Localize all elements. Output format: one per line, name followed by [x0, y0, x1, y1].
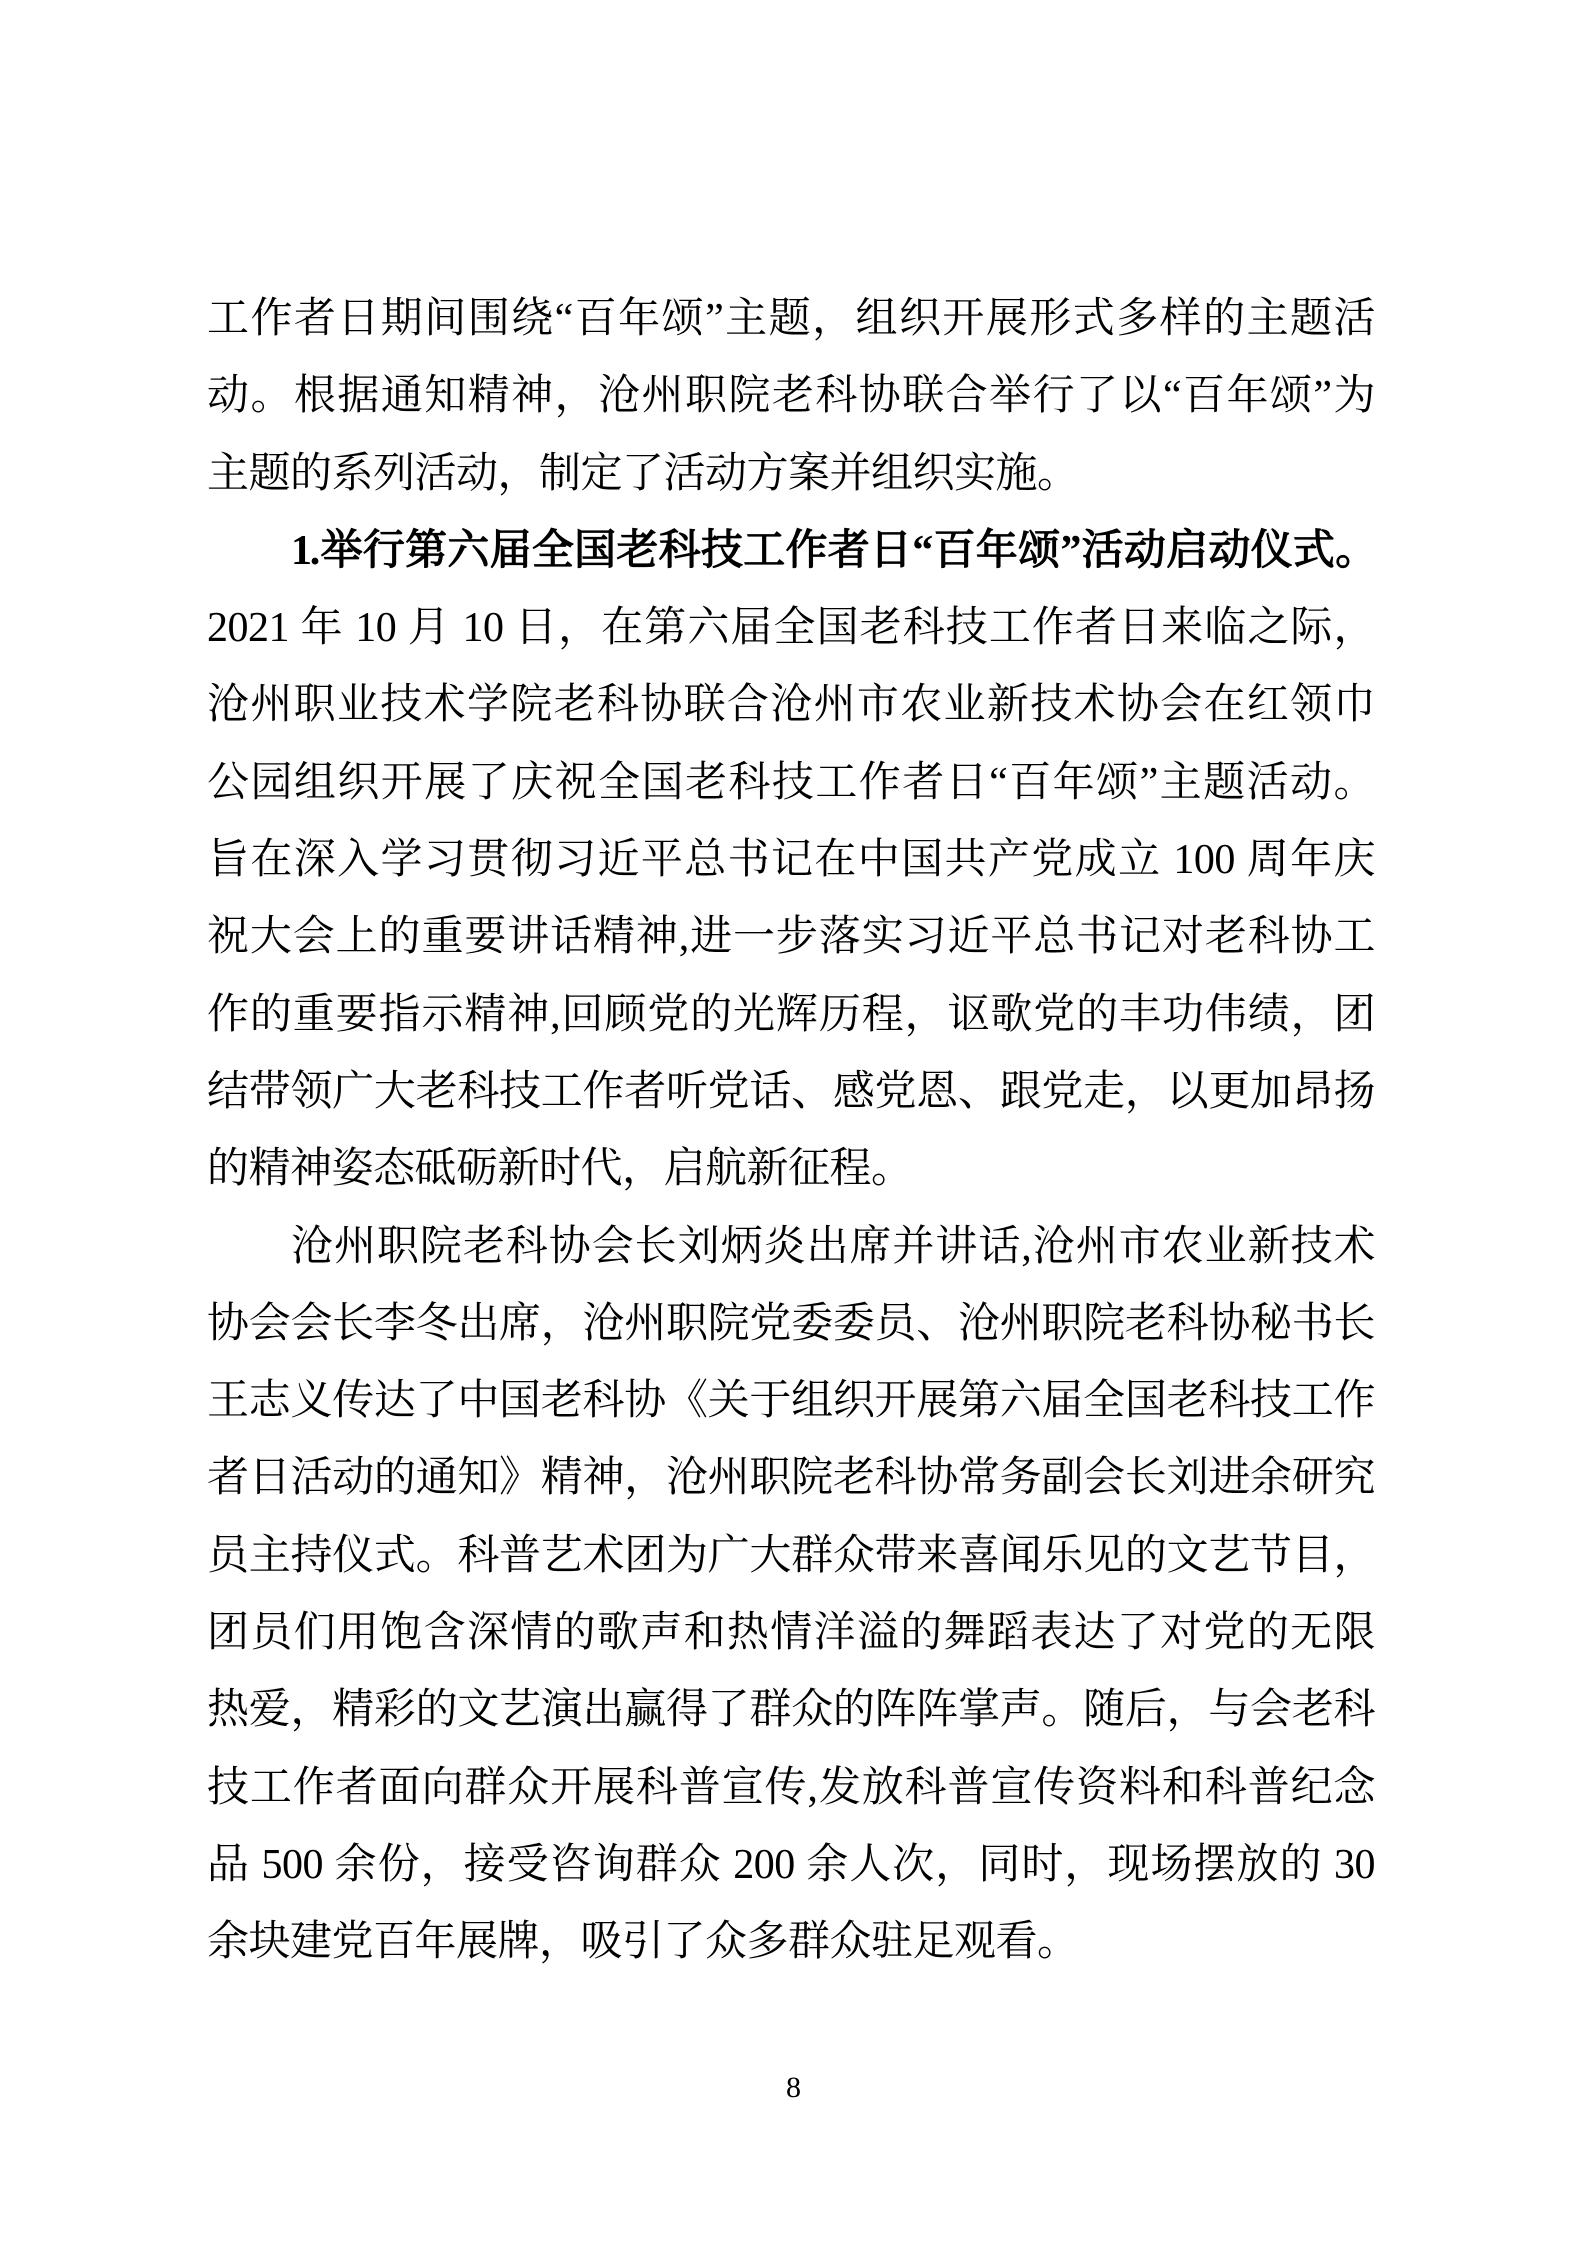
text-line: 结带领广大老科技工作者听党话、感党恩、跟党走，以更加昂扬: [207, 1054, 1375, 1131]
text-line: 协会会长李冬出席，沧州职院党委委员、沧州职院老科协秘书长: [207, 1286, 1375, 1363]
text-line: 团员们用饱含深情的歌声和热情洋溢的舞蹈表达了对党的无限: [207, 1595, 1375, 1672]
text-line: 工作者日期间围绕“百年颂”主题，组织开展形式多样的主题活: [207, 281, 1375, 358]
text-line: 主题的系列活动，制定了活动方案并组织实施。: [207, 436, 1375, 513]
text-line: 祝大会上的重要讲话精神,进一步落实习近平总书记对老科协工: [207, 899, 1375, 976]
text-line: 沧州职院老科协会长刘炳炎出席并讲话,沧州市农业新技术: [207, 1209, 1375, 1286]
text-line: 技工作者面向群众开展科普宣传,发放科普宣传资料和科普纪念: [207, 1750, 1375, 1827]
text-line: 王志义传达了中国老科协《关于组织开展第六届全国老科技工作: [207, 1363, 1375, 1440]
text-line: 员主持仪式。科普艺术团为广大群众带来喜闻乐见的文艺节目，: [207, 1518, 1375, 1595]
text-line: 余块建党百年展牌，吸引了众多群众驻足观看。: [207, 1904, 1375, 1981]
text-line: 动。根据通知精神，沧州职院老科协联合举行了以“百年颂”为: [207, 358, 1375, 435]
text-line: 品 500 余份，接受咨询群众 200 余人次，同时，现场摆放的 30: [207, 1827, 1375, 1904]
page-number: 8: [0, 2070, 1587, 2106]
text-line: 公园组织开展了庆祝全国老科技工作者日“百年颂”主题活动。: [207, 745, 1375, 822]
text-line: 的精神姿态砥砺新时代，启航新征程。: [207, 1131, 1375, 1208]
text-line: 旨在深入学习贯彻习近平总书记在中国共产党成立 100 周年庆: [207, 822, 1375, 899]
text-line: 2021 年 10 月 10 日，在第六届全国老科技工作者日来临之际，: [207, 590, 1375, 667]
text-line: 热爱，精彩的文艺演出赢得了群众的阵阵掌声。随后，与会老科: [207, 1672, 1375, 1749]
section-heading-line: 1.举行第六届全国老科技工作者日“百年颂”活动启动仪式。: [207, 513, 1375, 590]
document-page: 工作者日期间围绕“百年颂”主题，组织开展形式多样的主题活 动。根据通知精神，沧州…: [0, 0, 1587, 2245]
text-line: 者日活动的通知》精神，沧州职院老科协常务副会长刘进余研究: [207, 1440, 1375, 1517]
body-text: 工作者日期间围绕“百年颂”主题，组织开展形式多样的主题活 动。根据通知精神，沧州…: [207, 281, 1375, 1982]
text-line: 作的重要指示精神,回顾党的光辉历程，讴歌党的丰功伟绩，团: [207, 977, 1375, 1054]
text-line: 沧州职业技术学院老科协联合沧州市农业新技术协会在红领巾: [207, 667, 1375, 744]
